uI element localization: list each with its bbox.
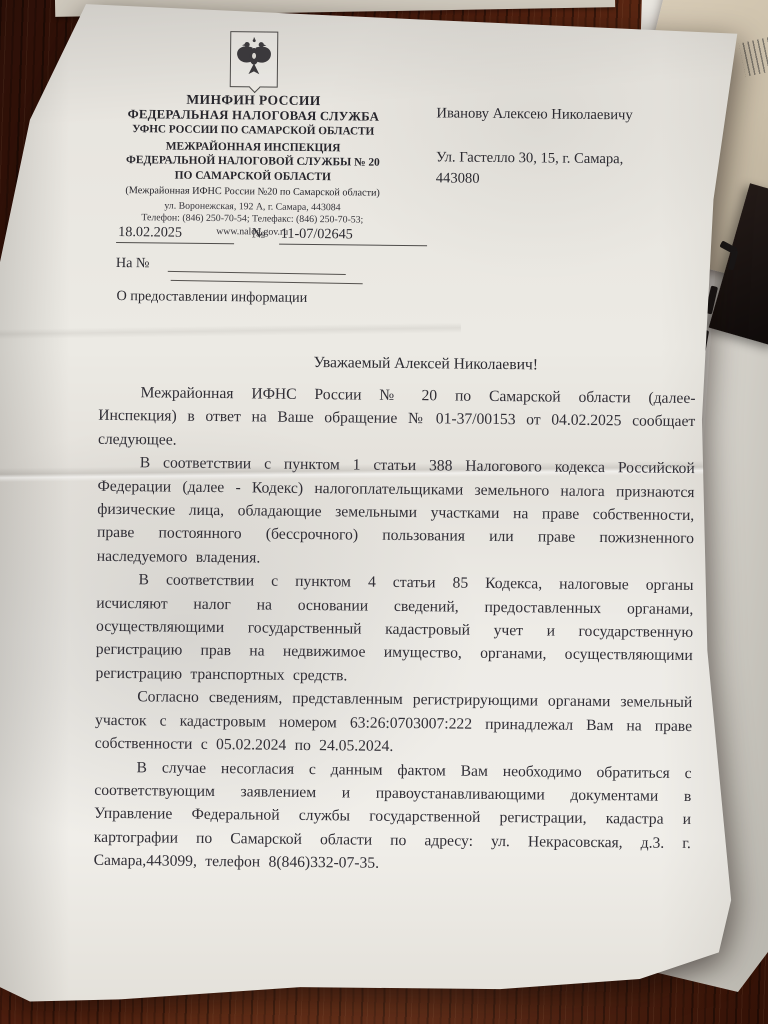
letterhead: МИНФИН РОССИИ ФЕДЕРАЛЬНАЯ НАЛОГОВАЯ СЛУЖ… xyxy=(101,30,405,241)
recipient-block: Иванову Алексею Николаевичу Ул. Гастелло… xyxy=(436,103,697,191)
blank-rule xyxy=(168,271,346,275)
letter-number: 11-07/02645 xyxy=(279,226,427,247)
recipient-name: Иванову Алексею Николаевичу xyxy=(436,103,696,126)
salutation: Уважаемый Алексей Николаевич! xyxy=(127,352,725,376)
number-sign: № xyxy=(252,225,266,241)
letter-content: МИНФИН РОССИИ ФЕДЕРАЛЬНАЯ НАЛОГОВАЯ СЛУЖ… xyxy=(0,0,768,1024)
recipient-address-line2: 443080 xyxy=(436,168,696,191)
body-paragraph: В соответствии с пунктом 1 статьи 388 На… xyxy=(97,451,695,574)
blank-rule xyxy=(171,280,363,284)
reply-reference-label: На № xyxy=(116,255,150,272)
letter-sheet-wrap: МИНФИН РОССИИ ФЕДЕРАЛЬНАЯ НАЛОГОВАЯ СЛУЖ… xyxy=(0,0,768,1024)
reference-row: 18.02.2025 № 11-07/02645 xyxy=(116,224,427,246)
subject-line: О предоставлении информации xyxy=(116,288,307,307)
photo-of-document: МИНФИН РОССИИ ФЕДЕРАЛЬНАЯ НАЛОГОВАЯ СЛУЖ… xyxy=(0,0,768,1024)
body-paragraph: В случае несогласия с данным фактом Вам … xyxy=(93,755,691,878)
org-short-name: (Межрайонная ИФНС России №20 по Самарско… xyxy=(102,185,404,199)
body-paragraph: Согласно сведениям, представленным регис… xyxy=(95,685,693,761)
body-paragraph: В соответствии с пунктом 4 статьи 85 Код… xyxy=(95,568,693,691)
letter-body: Межрайонная ИФНС России № 20 по Самарско… xyxy=(93,381,695,879)
body-paragraph: Межрайонная ИФНС России № 20 по Самарско… xyxy=(98,381,696,457)
emblem-frame-notch xyxy=(249,81,260,92)
recipient-address-line1: Ул. Гастелло 30, 15, г. Самара, xyxy=(436,148,696,171)
org-name-line: УФНС РОССИИ ПО САМАРСКОЙ ОБЛАСТИ xyxy=(102,123,404,138)
coat-of-arms-icon xyxy=(230,31,279,87)
org-name-line: ФЕДЕРАЛЬНАЯ НАЛОГОВАЯ СЛУЖБА xyxy=(102,107,404,125)
letter-sheet: МИНФИН РОССИИ ФЕДЕРАЛЬНАЯ НАЛОГОВАЯ СЛУЖ… xyxy=(0,0,768,1024)
letter-date: 18.02.2025 xyxy=(116,224,234,244)
inspection-name: МЕЖРАЙОННАЯ ИНСПЕКЦИЯ ФЕДЕРАЛЬНОЙ НАЛОГО… xyxy=(102,139,404,185)
